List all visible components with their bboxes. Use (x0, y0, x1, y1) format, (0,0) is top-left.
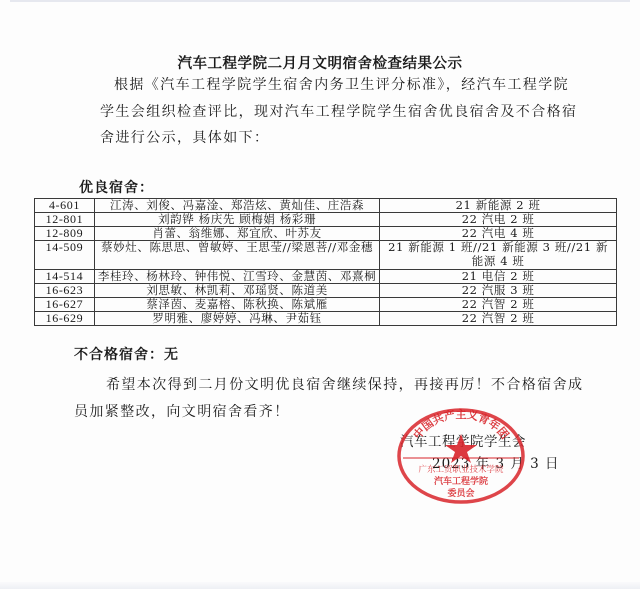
document-title: 汽车工程学院二月月文明宿舍检查结果公示 (0, 52, 640, 73)
official-seal: 中国共产主义青年团 广东工贸职业技术学院 汽车工程学院 委员会 (393, 404, 529, 504)
table-row: 4-601 江涛、刘俊、冯嘉淦、郑浩炫、黄灿佳、庄浩森 21 新能源 2 班 (35, 199, 617, 213)
seal-line2: 汽车工程学院 (434, 475, 489, 487)
class-name: 21 新能源 2 班 (380, 199, 617, 213)
scan-edge-bottom (0, 582, 640, 589)
class-name: 22 汽电 2 班 (380, 213, 617, 227)
table-row: 16-623 刘思敏、林凯莉、邓瑶贤、陈道美 22 汽服 3 班 (35, 284, 617, 298)
star-icon (445, 434, 477, 463)
member-names: 蔡泽茵、麦嘉榕、陈秋换、陈斌雁 (94, 298, 379, 312)
member-names: 江涛、刘俊、冯嘉淦、郑浩炫、黄灿佳、庄浩森 (94, 199, 379, 213)
member-names: 蔡妙灶、陈思思、曾敏婷、王思莹//梁恩菩//邓金穗 (94, 241, 379, 270)
document-page: 汽车工程学院二月月文明宿舍检查结果公示 根据《汽车工程学院学生宿舍内务卫生评分标… (0, 0, 640, 589)
seal-graphic: 中国共产主义青年团 广东工贸职业技术学院 汽车工程学院 委员会 (393, 404, 529, 504)
room-number: 12-809 (35, 227, 95, 241)
table-row: 16-629 罗明雅、廖婷婷、冯琳、尹茹钰 22 汽智 2 班 (35, 312, 617, 326)
room-number: 12-801 (35, 213, 95, 227)
table-row: 14-509 蔡妙灶、陈思思、曾敏婷、王思莹//梁恩菩//邓金穗 21 新能源 … (35, 241, 617, 270)
table-row: 16-627 蔡泽茵、麦嘉榕、陈秋换、陈斌雁 22 汽智 2 班 (35, 298, 617, 312)
room-number: 16-629 (35, 312, 95, 326)
class-name: 22 汽电 4 班 (380, 227, 617, 241)
room-number: 14-514 (35, 270, 95, 284)
class-name: 21 新能源 1 班//21 新能源 3 班//21 新能源 4 班 (380, 241, 617, 270)
scan-edge-top (10, 0, 630, 2)
member-names: 罗明雅、廖婷婷、冯琳、尹茹钰 (94, 312, 379, 326)
excellent-dorms-heading: 优良宿舍： (79, 177, 154, 197)
room-number: 16-623 (35, 284, 95, 298)
table-row: 12-809 肖蕾、翁维娜、郑宜欣、叶苏友 22 汽电 4 班 (35, 227, 617, 241)
seal-line1: 广东工贸职业技术学院 (418, 464, 504, 475)
room-number: 16-627 (35, 298, 95, 312)
member-names: 刘思敏、林凯莉、邓瑶贤、陈道美 (94, 284, 379, 298)
class-name: 21 电信 2 班 (380, 270, 617, 284)
intro-paragraph: 根据《汽车工程学院学生宿舍内务卫生评分标准》，经汽车工程学院学生会组织检查评比，… (100, 72, 580, 152)
table-row: 14-514 李桂玲、杨林玲、钟伟悦、江雪玲、金慧茵、邓熹桐 21 电信 2 班 (35, 270, 617, 284)
seal-line3: 委员会 (447, 487, 474, 499)
room-number: 4-601 (35, 199, 95, 213)
table-row: 12-801 刘韵铧 杨庆先 顾梅娟 杨彩珊 22 汽电 2 班 (35, 213, 617, 227)
unqualified-dorms-heading: 不合格宿舍：无 (74, 344, 179, 364)
room-number: 14-509 (35, 241, 95, 270)
class-name: 22 汽智 2 班 (380, 298, 617, 312)
class-name: 22 汽服 3 班 (380, 284, 617, 298)
member-names: 肖蕾、翁维娜、郑宜欣、叶苏友 (94, 227, 379, 241)
member-names: 李桂玲、杨林玲、钟伟悦、江雪玲、金慧茵、邓熹桐 (94, 270, 379, 284)
excellent-dorms-table: 4-601 江涛、刘俊、冯嘉淦、郑浩炫、黄灿佳、庄浩森 21 新能源 2 班 1… (34, 198, 617, 326)
class-name: 22 汽智 2 班 (380, 312, 617, 326)
member-names: 刘韵铧 杨庆先 顾梅娟 杨彩珊 (94, 213, 379, 227)
